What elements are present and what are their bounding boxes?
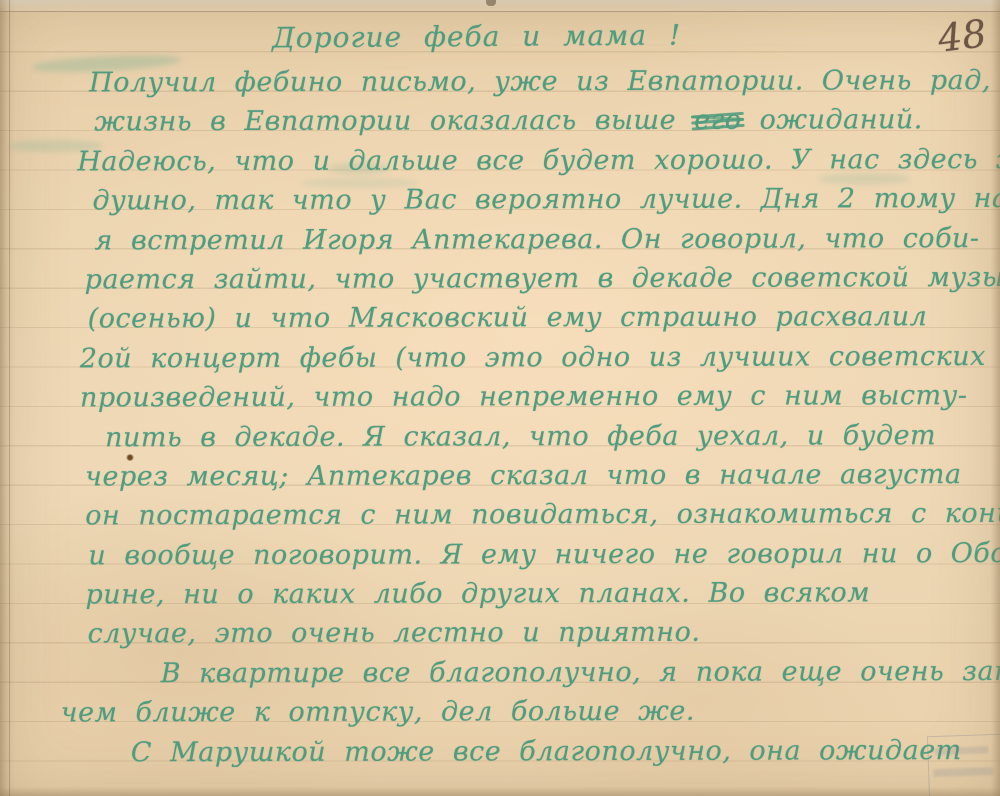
- stamp-text-illegible: [934, 746, 988, 755]
- letter-line: он постарается с ним повидаться, ознаком…: [85, 494, 1000, 536]
- letter-line: произведений, что надо непременно ему с …: [80, 376, 1000, 418]
- letter-line: и вообще поговорит. Я ему ничего не гово…: [88, 533, 1000, 575]
- paper-right-edge: [991, 0, 1000, 796]
- line-text-segment: ожиданий.: [760, 105, 923, 136]
- letter-line: душно, так что у Вас вероятно лучше. Дня…: [92, 179, 1000, 221]
- letter-line: через месяц; Аптекарев сказал что в нача…: [85, 455, 1000, 497]
- letter-body: Получил фебино письмо, уже из Евпатории.…: [84, 61, 1000, 773]
- letter-line: С Марушкой тоже все благополучно, она ож…: [131, 730, 1000, 772]
- letter-line: чем ближе к отпуску, дел больше же.: [61, 691, 1000, 733]
- letter-line: жизнь в Евпатории оказалась выше его ожи…: [94, 100, 1000, 142]
- paper-top-edge: [0, 0, 1000, 12]
- stamp-text-illegible: [933, 767, 993, 777]
- struck-out-word: его: [694, 101, 741, 141]
- paper-edge-nick: [486, 0, 496, 6]
- letter-salutation: Дорогие феба и мама !: [272, 19, 681, 55]
- page-number: 48: [935, 11, 988, 61]
- letter-line: пить в декаде. Я сказал, что феба уехал,…: [105, 415, 1000, 457]
- paper-left-edge: [0, 0, 15, 796]
- letter-line: 2ой концерт фебы (что это одно из лучших…: [80, 336, 1000, 378]
- letter-line: Надеюсь, что и дальше все будет хорошо. …: [77, 139, 1000, 181]
- fold-crease: [9, 0, 10, 796]
- letter-line: (осенью) и что Мясковский ему страшно ра…: [88, 297, 1000, 339]
- letter-line: случае, это очень лестно и приятно.: [88, 612, 1000, 654]
- letter-line: Получил фебино письмо, уже из Евпатории.…: [89, 61, 1000, 103]
- line-text-segment: жизнь в Евпатории оказалась выше: [94, 105, 676, 138]
- letter-line: рается зайти, что участвует в декаде сов…: [85, 258, 1000, 300]
- letter-line: я встретил Игоря Аптекарева. Он говорил,…: [94, 218, 1000, 260]
- paper-bottom-edge: [0, 787, 1000, 796]
- letter-line: В квартире все благополучно, я пока еще …: [161, 651, 1000, 693]
- letter-scan: Дорогие феба и мама ! 48 Получил фебино …: [0, 0, 1000, 796]
- letter-line: рине, ни о каких либо других планах. Во …: [85, 573, 1000, 615]
